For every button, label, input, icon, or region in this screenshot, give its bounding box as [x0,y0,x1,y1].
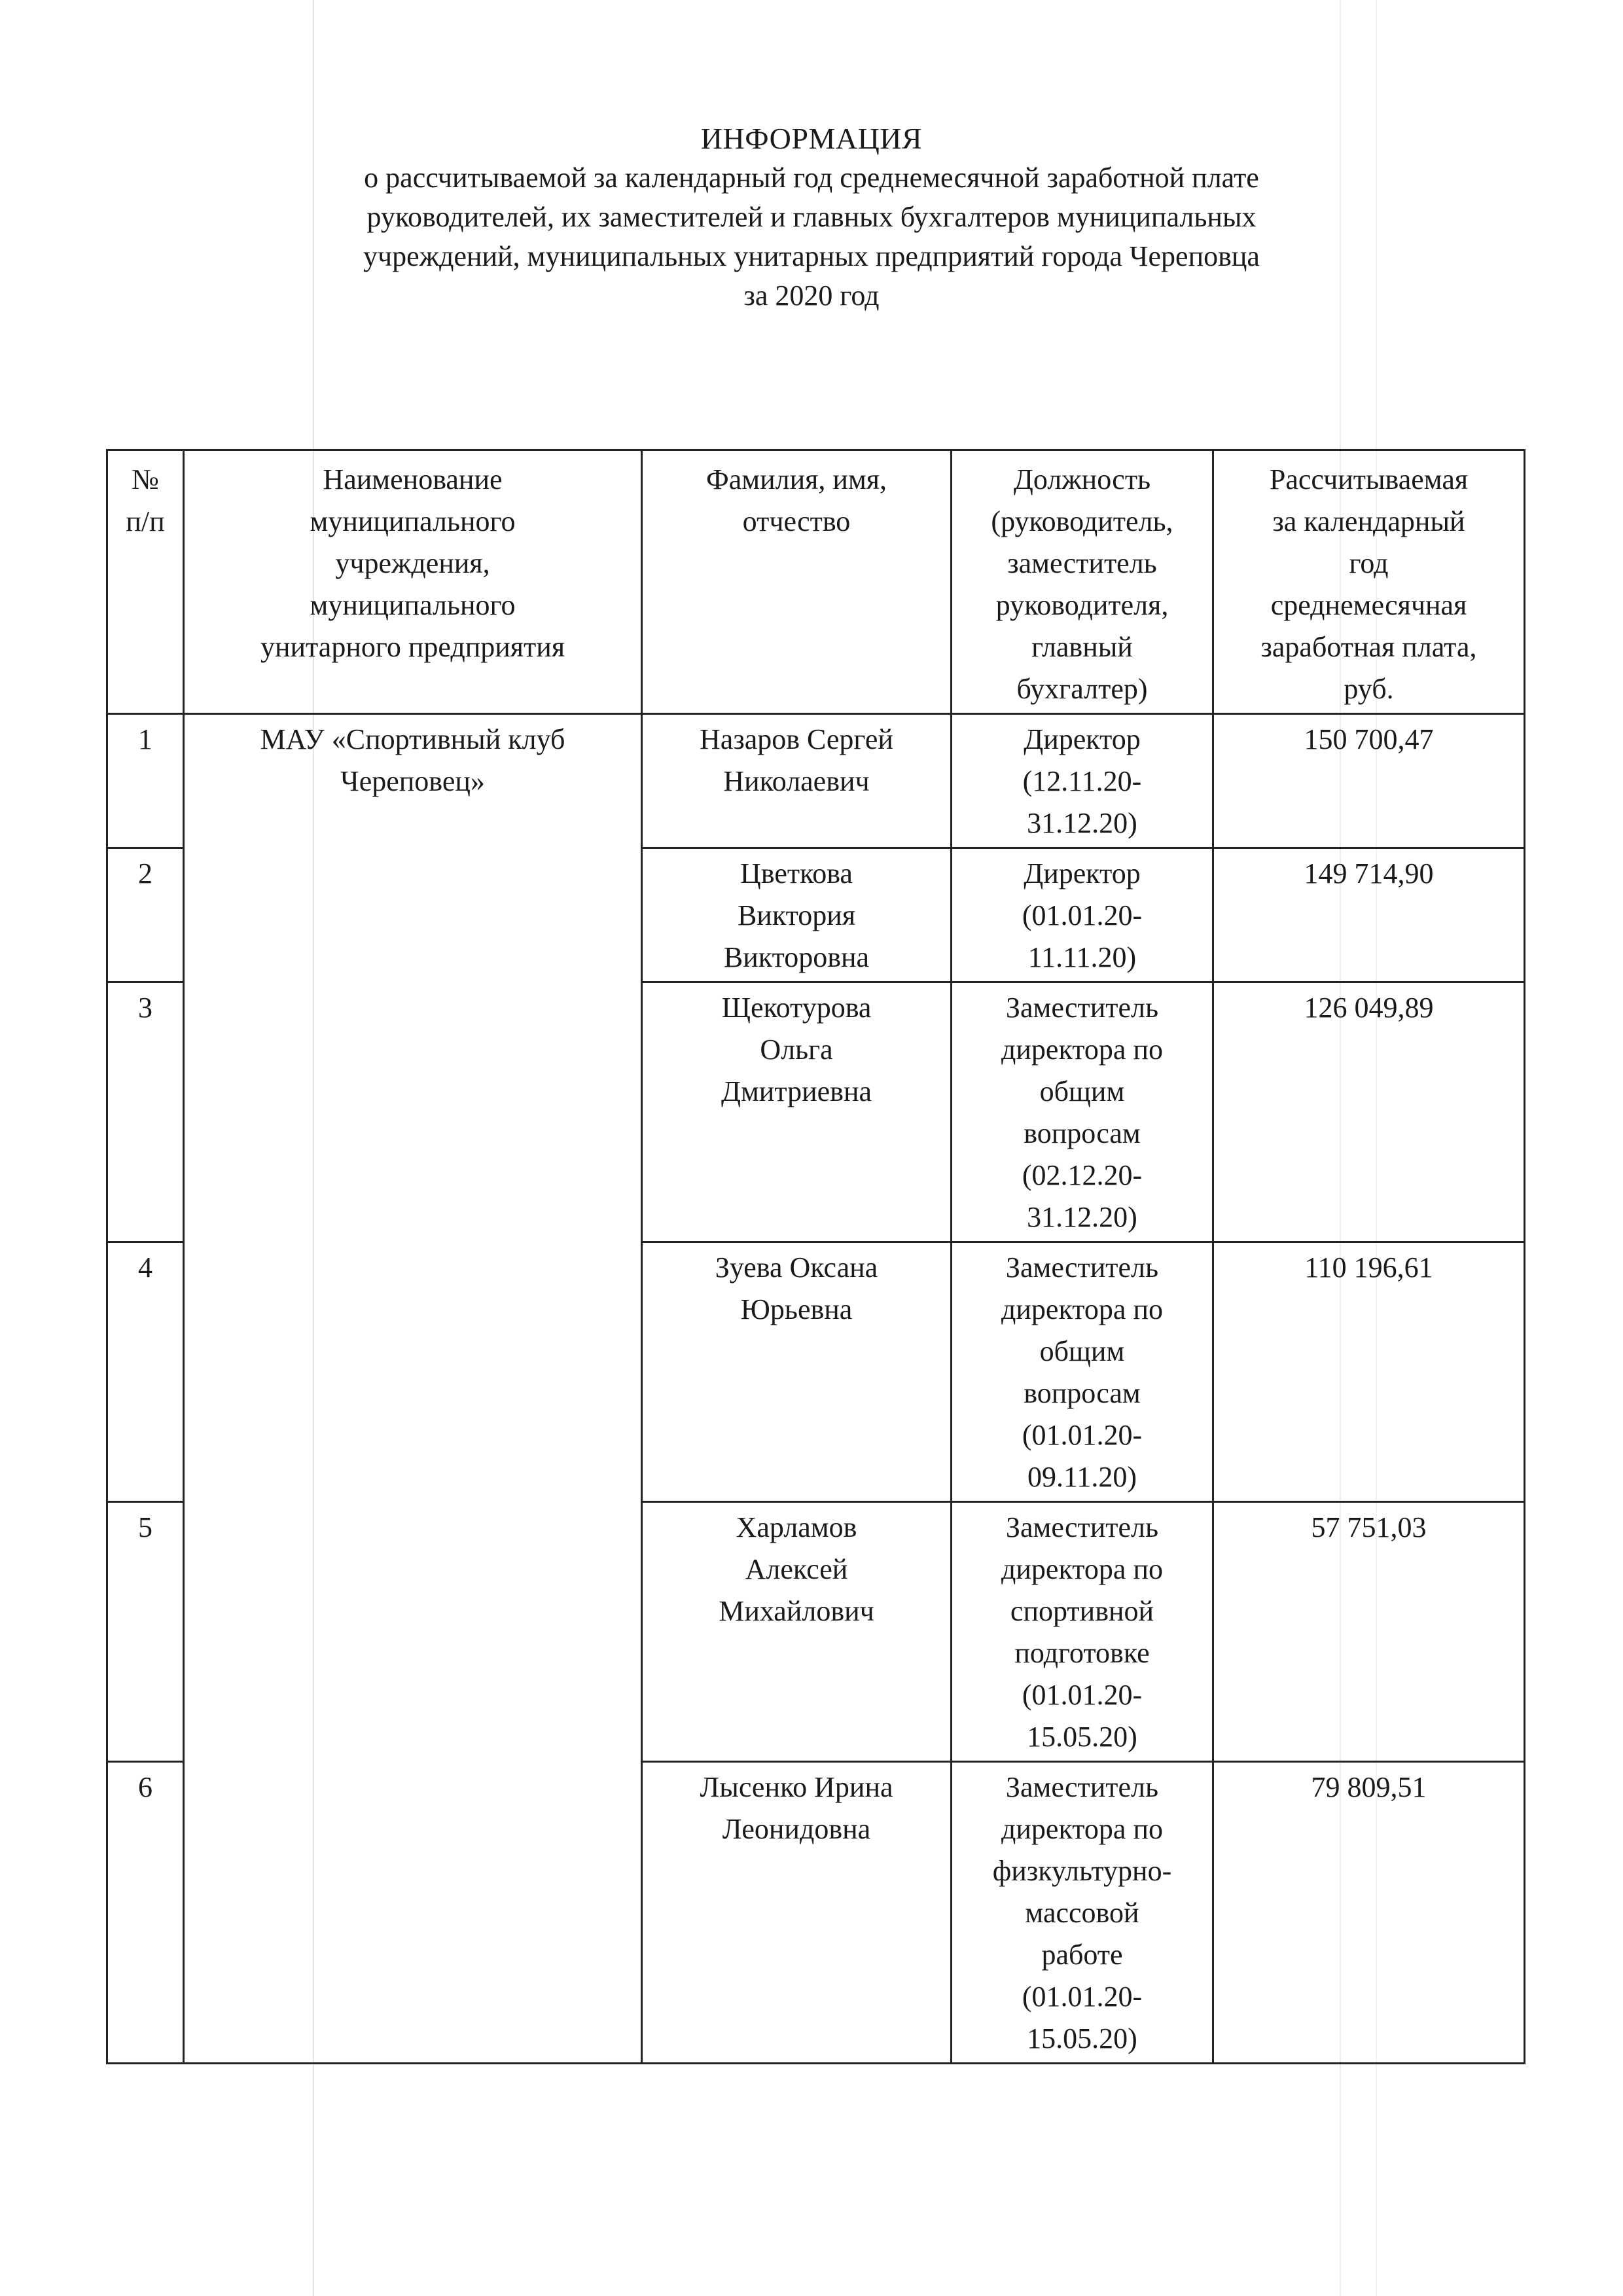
text-line: вопросам [957,1113,1207,1155]
text-line: Рассчитываемая [1219,459,1518,501]
text-line: заместитель [957,543,1207,584]
text-line: год [1219,543,1518,584]
employee-name: ХарламовАлексейМихайлович [642,1502,952,1762]
text-line: 15.05.20) [957,1716,1207,1758]
text-line: директора по [957,1289,1207,1331]
employee-name: Назаров СергейНиколаевич [642,714,952,848]
text-line: Виктория [648,895,945,937]
text-line: 15.05.20) [957,2018,1207,2060]
employee-position: Директор(12.11.20-31.12.20) [952,714,1213,848]
text-line: руб. [1219,668,1518,710]
text-line: Лысенко Ирина [648,1767,945,1808]
row-number: 2 [107,848,184,982]
text-line: Зуева Оксана [648,1247,945,1289]
employee-name: ЦветковаВикторияВикторовна [642,848,952,982]
employee-name: Лысенко ИринаЛеонидовна [642,1762,952,2064]
text-line: Михайлович [648,1590,945,1632]
subtitle-line: о рассчитываемой за календарный год сред… [0,158,1623,198]
text-line: Назаров Сергей [648,719,945,761]
row-number: 6 [107,1762,184,2064]
text-line: (руководитель, [957,501,1207,543]
header-number: №п/п [107,450,184,714]
subtitle-year: за 2020 год [0,276,1623,315]
text-line: Харламов [648,1507,945,1549]
average-monthly-salary: 126 049,89 [1213,982,1525,1242]
text-line: Череповец» [190,761,635,802]
document-title: ИНФОРМАЦИЯ [0,119,1623,158]
text-line: 31.12.20) [957,1196,1207,1238]
organization-name: МАУ «Спортивный клубЧереповец» [184,714,642,2064]
text-line: муниципального [190,501,635,543]
text-line: вопросам [957,1372,1207,1414]
average-monthly-salary: 150 700,47 [1213,714,1525,848]
subtitle-line: учреждений, муниципальных унитарных пред… [0,237,1623,276]
table-row: 1МАУ «Спортивный клубЧереповец»Назаров С… [107,714,1525,848]
text-line: заработная плата, [1219,626,1518,668]
text-line: директора по [957,1808,1207,1850]
text-line: (01.01.20- [957,895,1207,937]
text-line: Алексей [648,1549,945,1590]
text-line: Ольга [648,1029,945,1071]
text-line: главный [957,626,1207,668]
text-line: бухгалтер) [957,668,1207,710]
header-position: Должность(руководитель,заместительруково… [952,450,1213,714]
employee-name: ЩекотуроваОльгаДмитриевна [642,982,952,1242]
text-line: 09.11.20) [957,1456,1207,1498]
header-organization: Наименованиемуниципальногоучреждения,мун… [184,450,642,714]
row-number: 1 [107,714,184,848]
text-line: Юрьевна [648,1289,945,1331]
subtitle-line: руководителей, их заместителей и главных… [0,198,1623,237]
text-line: Директор [957,719,1207,761]
text-line: Заместитель [957,1507,1207,1549]
text-line: 31.12.20) [957,802,1207,844]
text-line: подготовке [957,1632,1207,1674]
text-line: п/п [113,501,177,543]
text-line: (01.01.20- [957,1414,1207,1456]
employee-name: Зуева ОксанаЮрьевна [642,1242,952,1502]
employee-position: Заместительдиректора пообщимвопросам(01.… [952,1242,1213,1502]
text-line: Заместитель [957,1247,1207,1289]
row-number: 3 [107,982,184,1242]
text-line: (12.11.20- [957,761,1207,802]
average-monthly-salary: 79 809,51 [1213,1762,1525,2064]
text-line: общим [957,1331,1207,1372]
text-line: Должность [957,459,1207,501]
text-line: муниципального [190,584,635,626]
text-line: Наименование [190,459,635,501]
employee-position: Заместительдиректора пообщимвопросам(02.… [952,982,1213,1242]
text-line: МАУ «Спортивный клуб [190,719,635,761]
employee-position: Директор(01.01.20-11.11.20) [952,848,1213,982]
average-monthly-salary: 57 751,03 [1213,1502,1525,1762]
salary-table: №п/п Наименованиемуниципальногоучреждени… [106,449,1525,2064]
header-salary: Рассчитываемаяза календарныйгодсреднемес… [1213,450,1525,714]
text-line: директора по [957,1029,1207,1071]
text-line: Дмитриевна [648,1071,945,1113]
text-line: спортивной [957,1590,1207,1632]
employee-position: Заместительдиректора поспортивнойподгото… [952,1502,1213,1762]
text-line: физкультурно- [957,1850,1207,1892]
text-line: Щекотурова [648,987,945,1029]
text-line: Директор [957,853,1207,895]
text-line: унитарного предприятия [190,626,635,668]
average-monthly-salary: 110 196,61 [1213,1242,1525,1502]
text-line: Викторовна [648,937,945,978]
header-full-name: Фамилия, имя,отчество [642,450,952,714]
row-number: 4 [107,1242,184,1502]
text-line: руководителя, [957,584,1207,626]
text-line: (01.01.20- [957,1976,1207,2018]
table-header-row: №п/п Наименованиемуниципальногоучреждени… [107,450,1525,714]
text-line: (02.12.20- [957,1155,1207,1196]
text-line: 11.11.20) [957,937,1207,978]
text-line: Цветкова [648,853,945,895]
average-monthly-salary: 149 714,90 [1213,848,1525,982]
text-line: Заместитель [957,1767,1207,1808]
text-line: массовой [957,1892,1207,1934]
document-heading: ИНФОРМАЦИЯ о рассчитываемой за календарн… [0,119,1623,315]
text-line: Николаевич [648,761,945,802]
text-line: (01.01.20- [957,1674,1207,1716]
text-line: Леонидовна [648,1808,945,1850]
text-line: общим [957,1071,1207,1113]
text-line: Фамилия, имя, [648,459,945,501]
text-line: за календарный [1219,501,1518,543]
table-body: 1МАУ «Спортивный клубЧереповец»Назаров С… [107,714,1525,2064]
text-line: отчество [648,501,945,543]
text-line: учреждения, [190,543,635,584]
text-line: Заместитель [957,987,1207,1029]
text-line: среднемесячная [1219,584,1518,626]
employee-position: Заместительдиректора пофизкультурно-масс… [952,1762,1213,2064]
text-line: работе [957,1934,1207,1976]
text-line: директора по [957,1549,1207,1590]
row-number: 5 [107,1502,184,1762]
text-line: № [113,459,177,501]
